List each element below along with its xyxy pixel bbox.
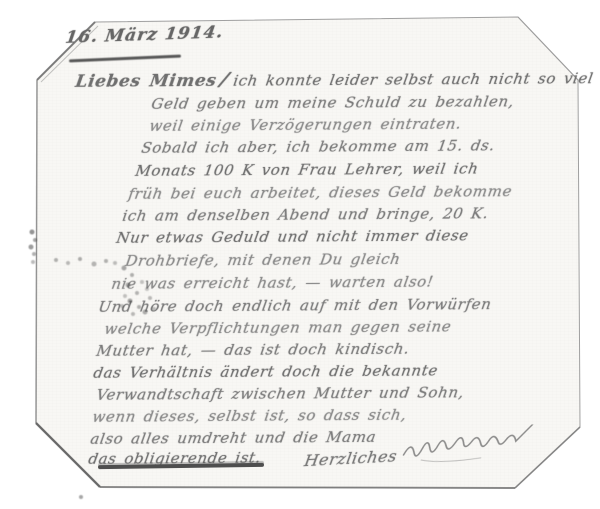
letter-line: Nur etwas Geduld und nicht immer diese (115, 226, 470, 248)
letter-line: welche Verpflichtungen man gegen seine (103, 317, 453, 339)
letter-line: Und höre doch endlich auf mit den Vorwür… (97, 294, 493, 317)
letter-line-text: ich konnte leider selbst auch nicht so v… (232, 69, 595, 90)
letter-line: wenn dieses, selbst ist, so dass sich, (91, 405, 408, 427)
scanned-letter-page: 16. März 1914. Liebes Mimes/ich konnte l… (0, 0, 600, 509)
letter-line: Sobald ich aber, ich bekomme am 15. ds. (140, 136, 496, 158)
letter-line: früh bei euch arbeitet, dieses Geld beko… (127, 181, 514, 204)
letter-line: ich am denselben Abend und bringe, 20 K. (121, 203, 490, 226)
salutation: Liebes Mimes (74, 71, 218, 92)
letter-line: Mutter hat, — das ist doch kindisch. (95, 339, 411, 361)
flourish-stroke: / (218, 69, 231, 90)
ink-smudge (0, 0, 2, 2)
letter-line: das Verhältnis ändert doch die bekannte (92, 361, 439, 383)
edge-shadow-left (36, 80, 37, 423)
letter-line: nie was erreicht hast, — warten also! (110, 272, 435, 294)
letter-line: Geld geben um meine Schuld zu bezahlen, (150, 91, 516, 114)
edge-shadow-bottom (100, 487, 515, 488)
letter-line: weil einige Verzögerungen eintraten. (148, 114, 463, 136)
letter-line: Drohbriefe, mit denen Du gleich (124, 249, 402, 271)
letter-line: Verwandtschaft zwischen Mutter und Sohn, (95, 382, 466, 405)
letter-line: Monats 100 K von Frau Lehrer, weil ich (134, 159, 480, 181)
letter-line: Liebes Mimes/ich konnte leider selbst au… (74, 66, 595, 92)
